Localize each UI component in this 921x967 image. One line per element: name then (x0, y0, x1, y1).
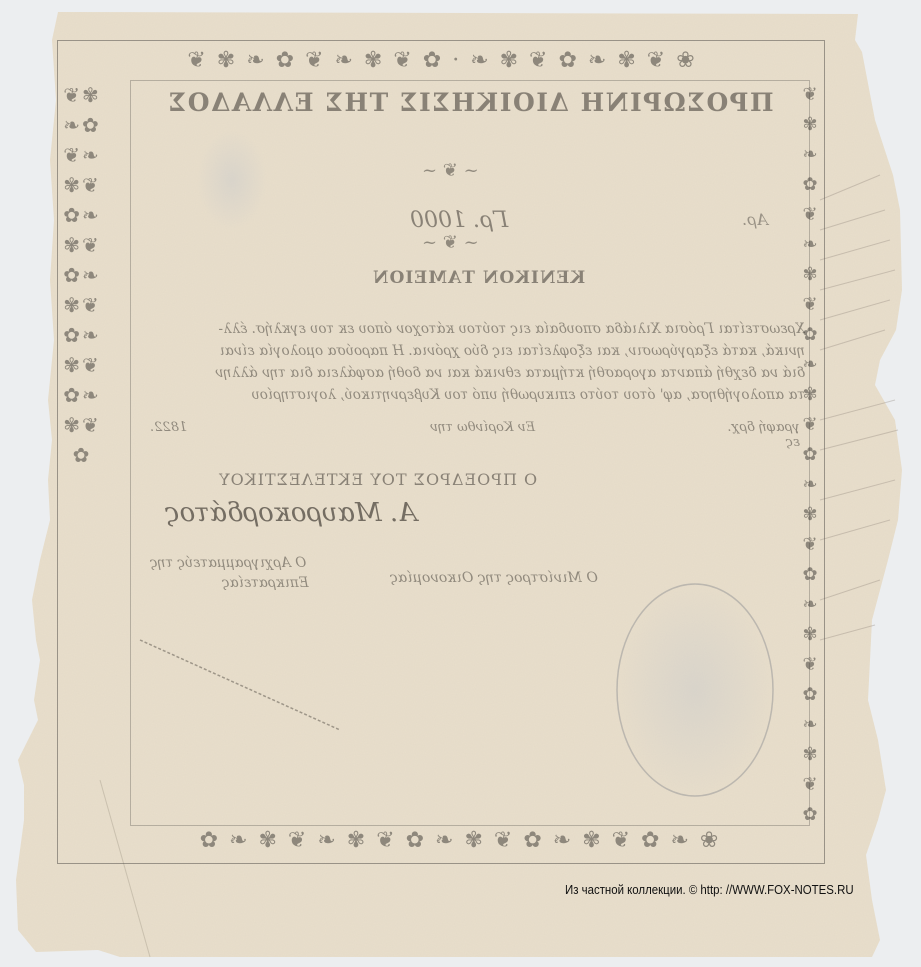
ornamental-border-bottom: ✿ ❧ ✾ ❦ ❧ ✾ ❦ ✿ ❧ ✾ ❦ ✿ ❧ ✾ ❦ ✿ ❧ ❀ (100, 825, 820, 857)
minister-text: Ο Μινίστρος της Οικονομίας (390, 570, 598, 586)
body-line: διά να δεχθή άπαντα αγορασθή κτήματα εθν… (140, 362, 805, 384)
denomination-mark: Γρ. 1000 (410, 208, 508, 233)
signature-title-text: Ο ΠΡΟΕΔΡΟΣ ΤΟΥ ΕΚΤΕΛΕΣΤΙΚΟΥ (218, 470, 537, 489)
document-heading: ΠΡΟΣΩΡΙΝΗ ΔΙΟΙΚΗΣΙΣ ΤΗΣ ΕΛΛΑΔΟΣ (140, 88, 800, 117)
countersign-line-2: Επικρατείας (222, 575, 309, 591)
signature-text: Α. Μαυροκορδάτος (165, 498, 417, 528)
collection-caption: Из частной коллекции. © http: //WWW.FOX-… (565, 882, 854, 897)
date-prefix: γραφή δρχ. ες (710, 420, 800, 450)
ornament-icon: ~ ❦ ~ (422, 232, 479, 253)
ornament-icon: ~ ❦ ~ (422, 160, 479, 181)
date-place: Εν Κορίνθω την (430, 420, 535, 435)
heading-text: ΠΡΟΣΩΡΙΝΗ ΔΙΟΙΚΗΣΙΣ ΤΗΣ ΕΛΛΑΔΟΣ (167, 88, 774, 117)
banknote-paper: ❦ ✾ ❧ ✿ ❦ ❧ ✾ ❦ ✿ · ❧ ✾ ❦ ✿ ❧ ✾ ❦ ❀ ✿ ❧ … (0, 0, 921, 967)
denomination-text: Γρ. 1000 (410, 208, 508, 233)
countersign-text: Ο Αρχιγραμματεύς της (150, 555, 306, 571)
ornamental-border-left: ❦✾❧✿❦❧✾❦✿❧✾❦✿❧✾❦✿❧✾❦✿❧✾❦✿ (62, 80, 102, 830)
signature-title: Ο ΠΡΟΕΔΡΟΣ ΤΟΥ ΕΚΤΕΛΕΣΤΙΚΟΥ (218, 470, 537, 489)
countersign-line-1: Ο Αρχιγραμματεύς της (150, 555, 306, 571)
ornamental-border-right: ❦✾❧✿❦❧✾❦✿❧✾❦✿❧✾❦✿❧✾❦✿❧✾❦✿ (800, 80, 822, 830)
countersign-text: Επικρατείας (222, 575, 309, 591)
body-line: τα απολογήθησα, αφ' ότου τούτο επικυρωθή… (140, 384, 805, 406)
subtitle-text: ΚΕΝΙΚΟΝ ΤΑΜΕΙΟΝ (372, 268, 585, 288)
body-line: ηνικά, κατά εξαργύρωσιν, και εξοφλείται … (140, 340, 805, 362)
ornamental-border-top: ❦ ✾ ❧ ✿ ❦ ❧ ✾ ❦ ✿ · ❧ ✾ ❦ ✿ ❧ ✾ ❦ ❀ (62, 44, 822, 78)
serial-text: Αρ. (742, 210, 768, 229)
handwritten-signature: Α. Μαυροκορδάτος (165, 498, 417, 528)
date-year: 1822. (150, 420, 187, 435)
serial-number-label: Αρ. (742, 210, 768, 229)
document-subtitle: ΚΕΝΙΚΟΝ ΤΑΜΕΙΟΝ (372, 268, 585, 288)
body-paragraph: Χρεωστείται Γρόσια Χιλιάδα σπουδαία εις … (140, 318, 805, 406)
minister-line: Ο Μινίστρος της Οικονομίας (390, 570, 598, 586)
body-line: Χρεωστείται Γρόσια Χιλιάδα σπουδαία εις … (140, 318, 805, 340)
